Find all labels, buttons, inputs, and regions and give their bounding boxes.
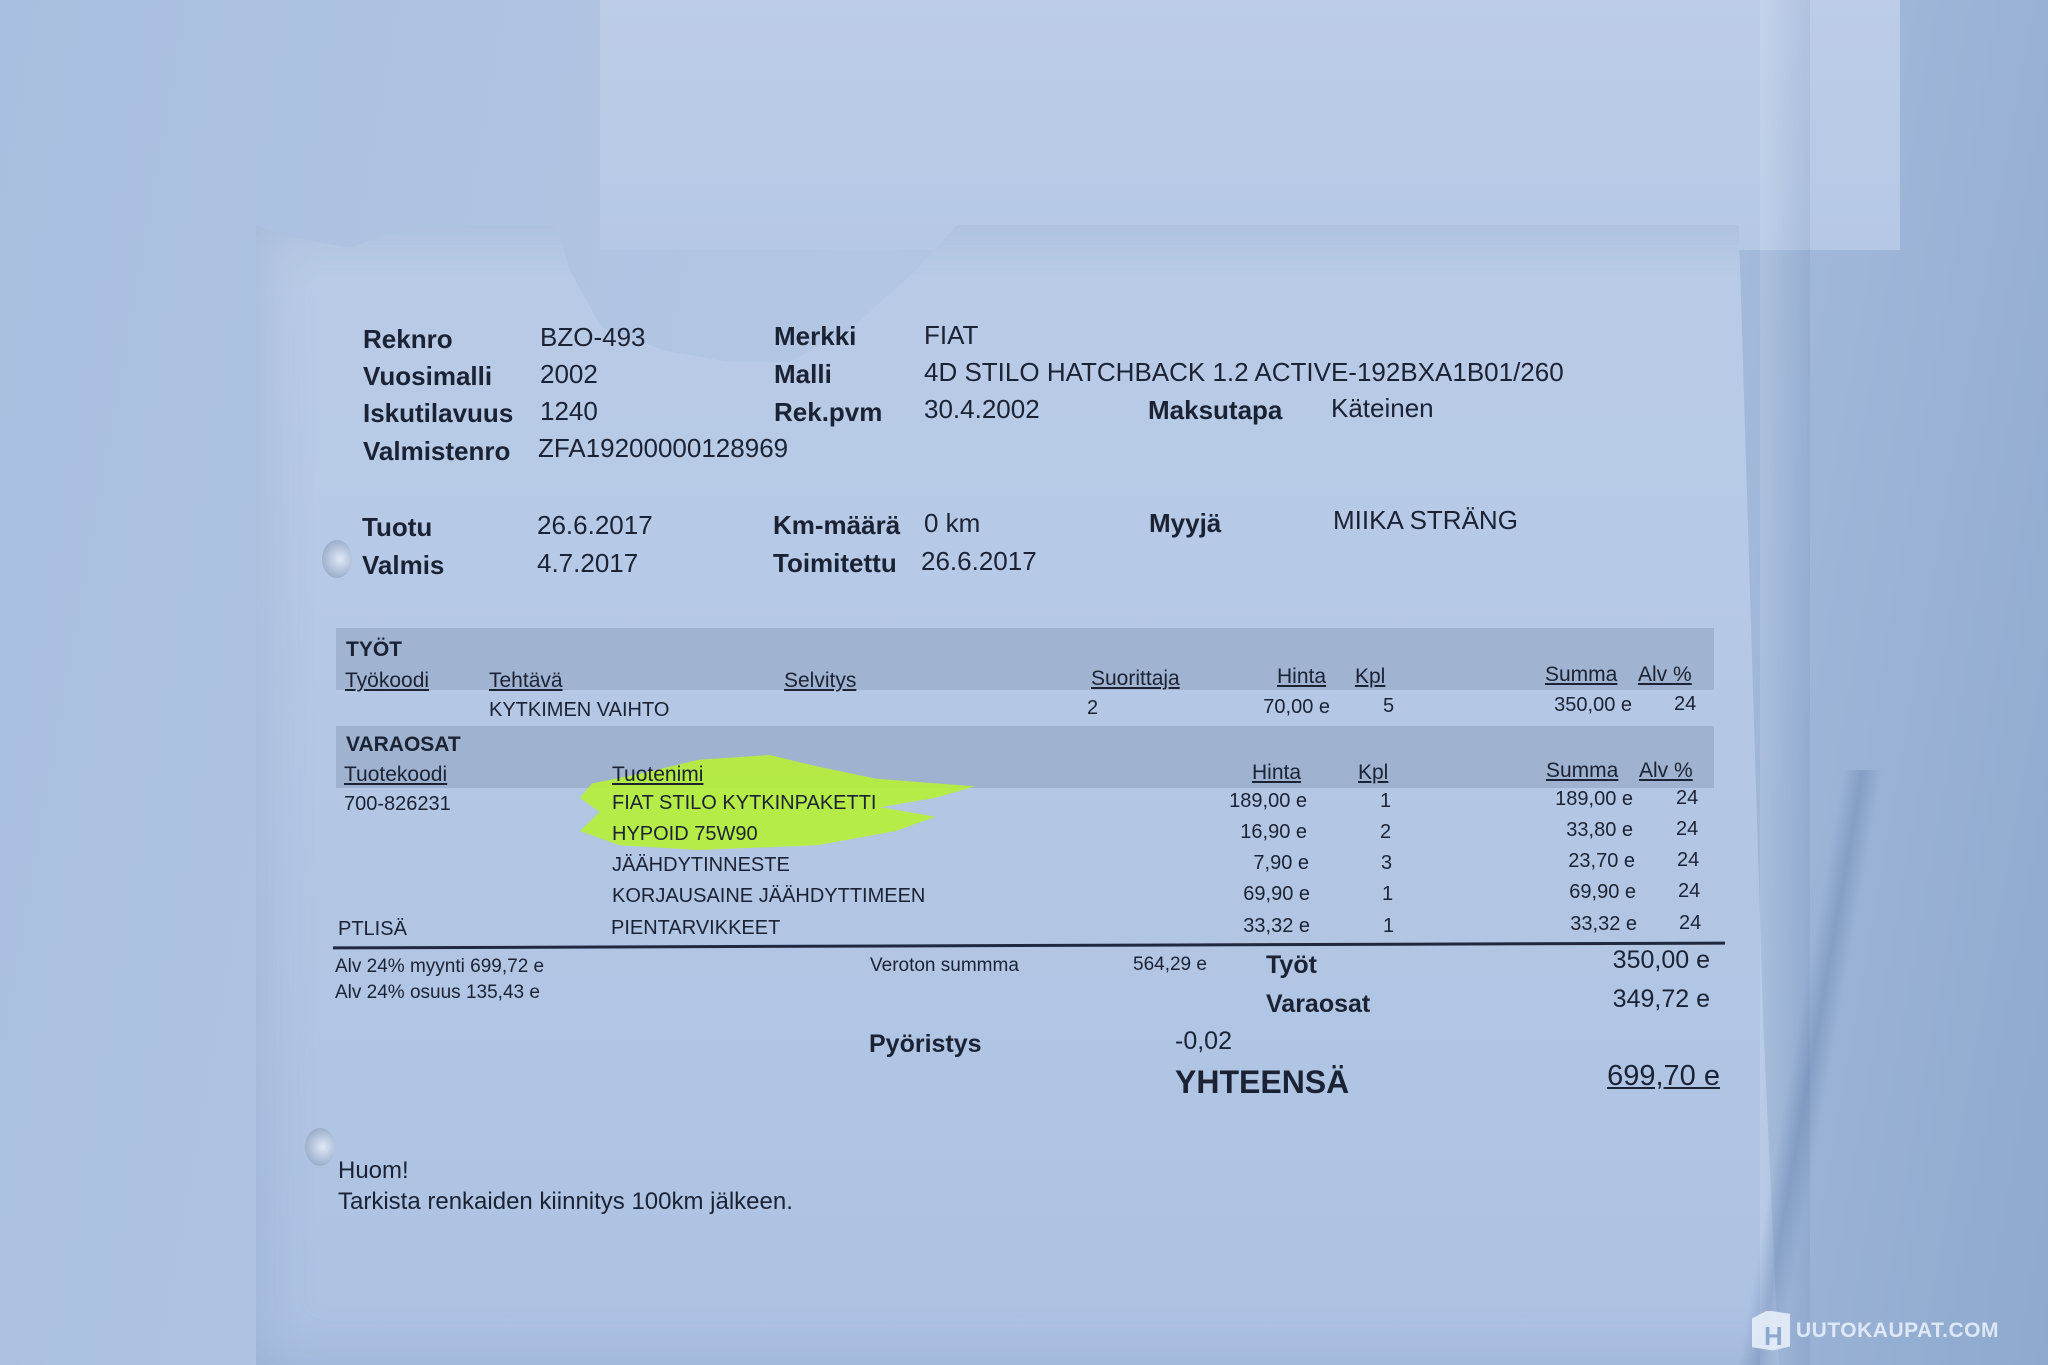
- vuosimalli-value: 2002: [540, 359, 598, 390]
- toimitettu-label: Toimitettu: [773, 548, 897, 579]
- part-hinta: 33,32 e: [1180, 915, 1310, 938]
- labor-kpl: 5: [1383, 695, 1394, 718]
- note-text: Tarkista renkaiden kiinnitys 100km jälke…: [338, 1188, 793, 1216]
- pyoristys-value: -0,02: [1175, 1027, 1232, 1056]
- pyoristys-label: Pyöristys: [869, 1030, 982, 1059]
- part-summa: 69,90 e: [1513, 881, 1636, 904]
- merkki-label: Merkki: [774, 321, 856, 352]
- part-hinta: 16,90 e: [1180, 821, 1307, 844]
- maksutapa-value: Käteinen: [1331, 393, 1434, 424]
- veroton-value: 564,29 e: [1133, 954, 1207, 976]
- tuotu-label: Tuotu: [362, 512, 432, 543]
- part-hinta: 7,90 e: [1180, 852, 1309, 875]
- valmistenro-label: Valmistenro: [363, 436, 510, 467]
- col-tuotekoodi: Tuotekoodi: [344, 763, 447, 787]
- part-summa: 23,70 e: [1512, 850, 1635, 873]
- col-summa: Summa: [1546, 759, 1618, 783]
- part-name: FIAT STILO KYTKINPAKETTI: [612, 792, 877, 815]
- iskutilavuus-value: 1240: [540, 396, 598, 427]
- part-alv: 24: [1679, 912, 1701, 935]
- part-name: KORJAUSAINE JÄÄHDYTTIMEEN: [612, 885, 925, 908]
- paper-background-top: [600, 0, 1900, 250]
- part-code: 700-826231: [344, 793, 451, 816]
- col-tuotenimi: Tuotenimi: [612, 763, 703, 787]
- iskutilavuus-label: Iskutilavuus: [363, 398, 513, 429]
- rekpvm-label: Rek.pvm: [774, 397, 882, 428]
- valmistenro-value: ZFA19200000128969: [538, 433, 788, 464]
- yhteensa-label: YHTEENSÄ: [1175, 1064, 1349, 1101]
- tuotu-value: 26.6.2017: [537, 510, 653, 541]
- col-kpl: Kpl: [1358, 761, 1388, 785]
- punch-hole-icon: [305, 1128, 335, 1166]
- merkki-value: FIAT: [924, 320, 978, 351]
- reknro-value: BZO-493: [540, 322, 646, 353]
- part-summa: 189,00 e: [1510, 788, 1633, 811]
- col-hinta: Hinta: [1252, 761, 1301, 785]
- part-kpl: 1: [1383, 915, 1394, 938]
- valmis-label: Valmis: [362, 550, 444, 581]
- varaosat-label: Varaosat: [1266, 990, 1370, 1019]
- tyot-value: 350,00 e: [1560, 946, 1710, 975]
- col-tehtava: Tehtävä: [489, 669, 563, 693]
- part-name: JÄÄHDYTINNESTE: [612, 854, 790, 877]
- toimitettu-value: 26.6.2017: [921, 546, 1037, 577]
- part-alv: 24: [1676, 787, 1698, 810]
- col-hinta: Hinta: [1277, 665, 1326, 689]
- part-kpl: 2: [1380, 821, 1391, 844]
- labor-suorittaja: 2: [1087, 697, 1098, 720]
- part-summa: 33,32 e: [1514, 913, 1637, 936]
- part-name: HYPOID 75W90: [612, 823, 758, 846]
- veroton-label: Veroton summma: [870, 955, 1019, 977]
- km-label: Km-määrä: [773, 510, 900, 541]
- labor-hinta: 70,00 e: [1230, 696, 1330, 719]
- col-suorittaja: Suorittaja: [1091, 667, 1180, 691]
- part-kpl: 1: [1382, 883, 1393, 906]
- watermark-text: UUTOKAUPAT.COM: [1796, 1319, 1999, 1343]
- labor-tehtava: KYTKIMEN VAIHTO: [489, 699, 669, 722]
- tyot-label: Työt: [1266, 951, 1317, 980]
- valmis-value: 4.7.2017: [537, 548, 638, 579]
- punch-hole-icon: [322, 540, 352, 578]
- labor-title: TYÖT: [346, 638, 402, 662]
- col-kpl: Kpl: [1355, 665, 1385, 689]
- part-hinta: 189,00 e: [1180, 790, 1307, 813]
- col-selvitys: Selvitys: [784, 669, 856, 693]
- varaosat-value: 349,72 e: [1560, 985, 1710, 1014]
- parts-header-band: [336, 726, 1714, 788]
- reknro-label: Reknro: [363, 324, 453, 355]
- col-summa: Summa: [1545, 663, 1617, 687]
- watermark-logo: H UUTOKAUPAT.COM: [1752, 1308, 1999, 1353]
- col-alv: Alv %: [1639, 759, 1693, 783]
- part-hinta: 69,90 e: [1180, 883, 1310, 906]
- maksutapa-label: Maksutapa: [1148, 395, 1282, 426]
- malli-value: 4D STILO HATCHBACK 1.2 ACTIVE-192BXA1B01…: [924, 357, 1564, 388]
- part-alv: 24: [1678, 880, 1700, 903]
- vuosimalli-label: Vuosimalli: [363, 361, 492, 392]
- myyja-label: Myyjä: [1149, 508, 1221, 539]
- part-name: PIENTARVIKKEET: [611, 917, 780, 940]
- alv-osuus: Alv 24% osuus 135,43 e: [335, 982, 540, 1004]
- col-alv: Alv %: [1638, 663, 1692, 687]
- part-alv: 24: [1676, 818, 1698, 841]
- box-logo-icon: H: [1752, 1311, 1790, 1351]
- note-title: Huom!: [338, 1157, 409, 1185]
- myyja-value: MIIKA STRÄNG: [1333, 505, 1518, 536]
- part-alv: 24: [1677, 849, 1699, 872]
- parts-title: VARAOSAT: [346, 733, 461, 757]
- col-tyokoodi: Työkoodi: [345, 669, 429, 693]
- rekpvm-value: 30.4.2002: [924, 394, 1040, 425]
- part-kpl: 1: [1380, 790, 1391, 813]
- labor-alv: 24: [1674, 693, 1696, 716]
- malli-label: Malli: [774, 359, 832, 390]
- km-value: 0 km: [924, 508, 980, 539]
- alv-myynti: Alv 24% myynti 699,72 e: [335, 956, 544, 978]
- part-summa: 33,80 e: [1510, 819, 1633, 842]
- labor-summa: 350,00 e: [1520, 694, 1632, 717]
- part-kpl: 3: [1381, 852, 1392, 875]
- part-code: PTLISÄ: [338, 918, 407, 941]
- yhteensa-value: 699,70 e: [1560, 1060, 1720, 1093]
